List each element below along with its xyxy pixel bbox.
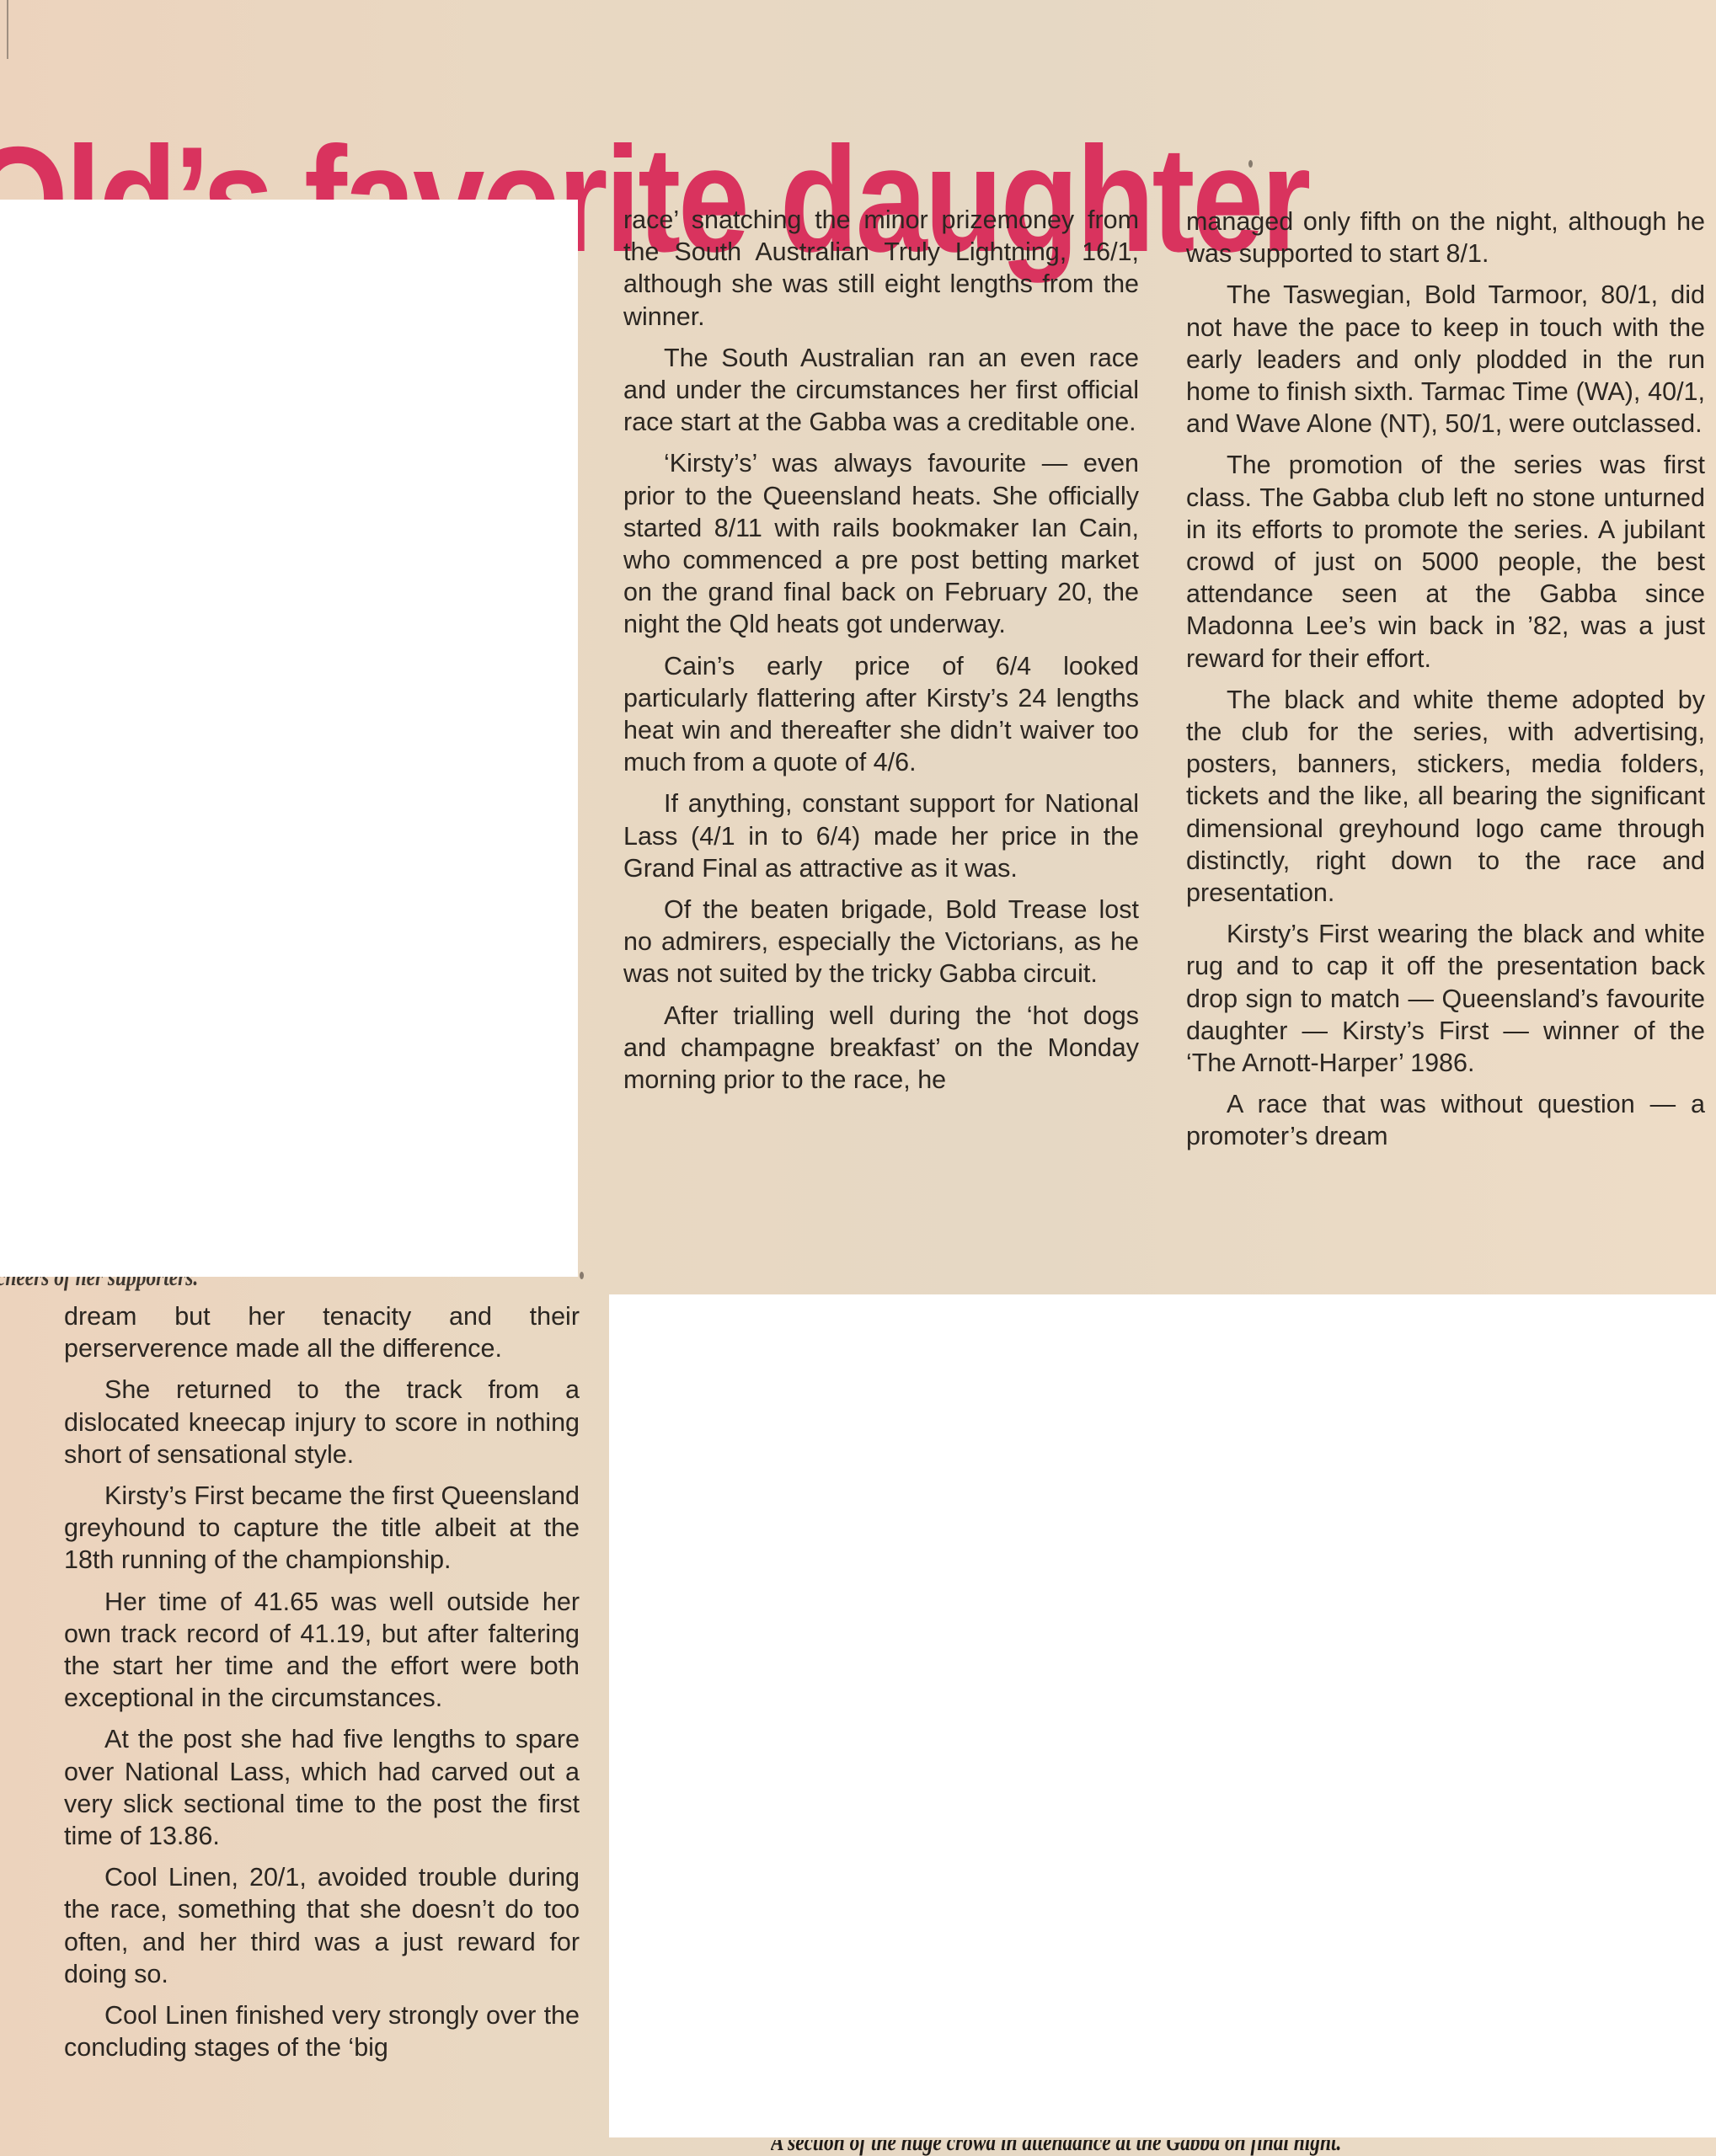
paragraph: The black and white theme adopted by the…: [1186, 684, 1705, 909]
paragraph: Cool Linen, 20/1, avoided trouble during…: [64, 1861, 580, 1990]
paragraph: Cain’s early price of 6/4 looked particu…: [623, 650, 1139, 779]
paragraph: dream but her tenacity and their perserv…: [64, 1300, 580, 1364]
article-column-bottom-left: dream but her tenacity and their perserv…: [64, 1300, 580, 2073]
paragraph: race’ snatching the minor prizemoney fro…: [623, 204, 1139, 333]
article-column-middle: race’ snatching the minor prizemoney fro…: [623, 204, 1139, 1105]
paragraph: Of the beaten brigade, Bold Trease lost …: [623, 894, 1139, 990]
paragraph: At the post she had five lengths to spar…: [64, 1723, 580, 1852]
paragraph: The South Australian ran an even race an…: [623, 342, 1139, 439]
photo-placeholder-top-left: [0, 200, 578, 1277]
paragraph: After trialling well during the ‘hot dog…: [623, 1000, 1139, 1097]
photo-placeholder-bottom-right: [609, 1294, 1716, 2137]
paragraph: Her time of 41.65 was well outside her o…: [64, 1586, 580, 1715]
paragraph: The promotion of the series was first cl…: [1186, 449, 1705, 674]
paragraph: A race that was without question — a pro…: [1186, 1088, 1705, 1152]
paragraph: Kirsty’s First wearing the black and whi…: [1186, 918, 1705, 1079]
paragraph: Cool Linen finished very strongly over t…: [64, 1999, 580, 2063]
paragraph: Kirsty’s First became the first Queensla…: [64, 1480, 580, 1577]
paper-speck: [1248, 160, 1253, 168]
article-column-right: managed only fifth on the night, althoug…: [1186, 205, 1705, 1162]
paragraph: managed only fifth on the night, althoug…: [1186, 205, 1705, 269]
paper-speck: [580, 1272, 584, 1279]
paragraph: If anything, constant support for Nation…: [623, 787, 1139, 884]
paragraph: She returned to the track from a disloca…: [64, 1374, 580, 1470]
page-edge-rule: [7, 0, 8, 59]
paragraph: ‘Kirsty’s’ was always favourite — even p…: [623, 447, 1139, 640]
paragraph: The Taswegian, Bold Tarmoor, 80/1, did n…: [1186, 279, 1705, 440]
